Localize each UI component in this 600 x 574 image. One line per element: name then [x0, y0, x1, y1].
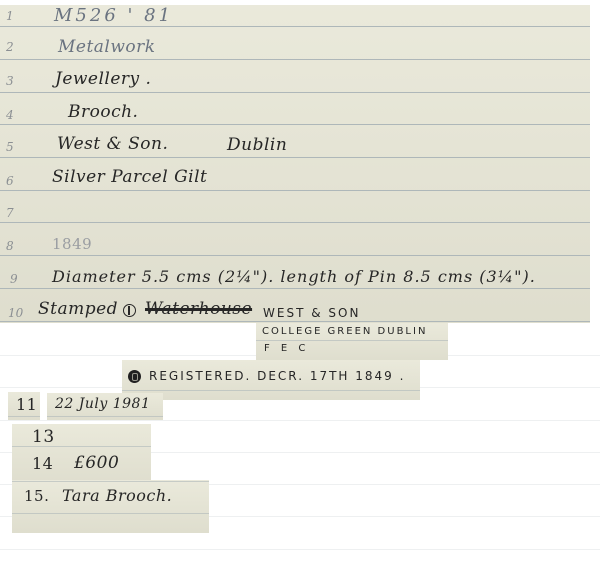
acquisition-date-strip: 22 July 1981: [47, 393, 163, 420]
struck-out-text: Waterhouse: [145, 299, 252, 319]
stamp-address: COLLEGE GREEN DUBLIN: [262, 326, 427, 337]
maker: West & Son.: [57, 134, 168, 154]
line-number: 10: [8, 306, 23, 320]
rule: [12, 513, 209, 514]
line-number: 14: [32, 454, 53, 473]
rule: [122, 390, 420, 391]
rule: [256, 340, 448, 341]
rule: [0, 124, 590, 125]
rule: [12, 481, 209, 482]
line-number: 2: [6, 40, 14, 54]
lower-register-sheet-top: 13 14 £600: [12, 424, 151, 484]
registered-strip: REGISTERED. DECR. 17TH 1849 .: [122, 360, 420, 400]
rule: [0, 59, 590, 60]
background-rule: [0, 549, 600, 550]
object-name: Tara Brooch.: [62, 486, 172, 505]
line-number: 3: [6, 74, 14, 88]
line-number: 8: [6, 239, 14, 253]
rule: [0, 321, 590, 322]
dimensions: Diameter 5.5 cms (2¼"). length of Pin 8.…: [52, 267, 536, 286]
line-number: 13: [32, 427, 55, 447]
department: Metalwork: [58, 37, 156, 57]
rule: [47, 416, 163, 417]
line-number: 1: [6, 9, 14, 23]
line-number: 4: [6, 108, 14, 122]
line-number: 11: [16, 395, 37, 414]
rule: [0, 190, 590, 191]
line-number: 15.: [24, 487, 49, 505]
place: Dublin: [227, 135, 287, 155]
rule: [0, 157, 590, 158]
rule: [0, 255, 590, 256]
marks-label: Stamped: [38, 299, 118, 319]
acquisition-date: 22 July 1981: [55, 396, 150, 412]
stamp-initials: F E C: [264, 343, 309, 354]
line-11-number-strip: 11: [8, 392, 40, 420]
valuation: £600: [74, 453, 119, 473]
rule: [0, 222, 590, 223]
object-type: Brooch.: [68, 102, 138, 122]
rule: [0, 26, 590, 27]
material: Silver Parcel Gilt: [52, 167, 207, 187]
rule: [0, 92, 590, 93]
line-number: 7: [6, 206, 14, 220]
registration-mark-text: REGISTERED. DECR. 17TH 1849 .: [128, 369, 405, 383]
background-rule: [0, 420, 600, 421]
rule: [8, 416, 40, 417]
line-number: 6: [6, 174, 14, 188]
line-number: 9: [10, 272, 18, 286]
stamp-maker: WEST & SON: [263, 306, 360, 320]
rule: [0, 288, 590, 289]
category: Jewellery .: [55, 69, 151, 89]
circle-mark-icon: [123, 304, 136, 317]
registration-text: REGISTERED. DECR. 17TH 1849 .: [149, 369, 405, 383]
date: 1849: [52, 235, 92, 253]
registration-diamond-icon: [128, 370, 141, 383]
line-number: 5: [6, 140, 14, 154]
lower-register-sheet-bottom: 15. Tara Brooch.: [12, 480, 209, 533]
main-register-sheet: 1 M526 ' 81 2 Metalwork 3 Jewellery . 4 …: [0, 5, 590, 323]
stamp-continuation-strip: COLLEGE GREEN DUBLIN F E C: [256, 323, 448, 360]
register-number: M526 ' 81: [54, 5, 173, 26]
